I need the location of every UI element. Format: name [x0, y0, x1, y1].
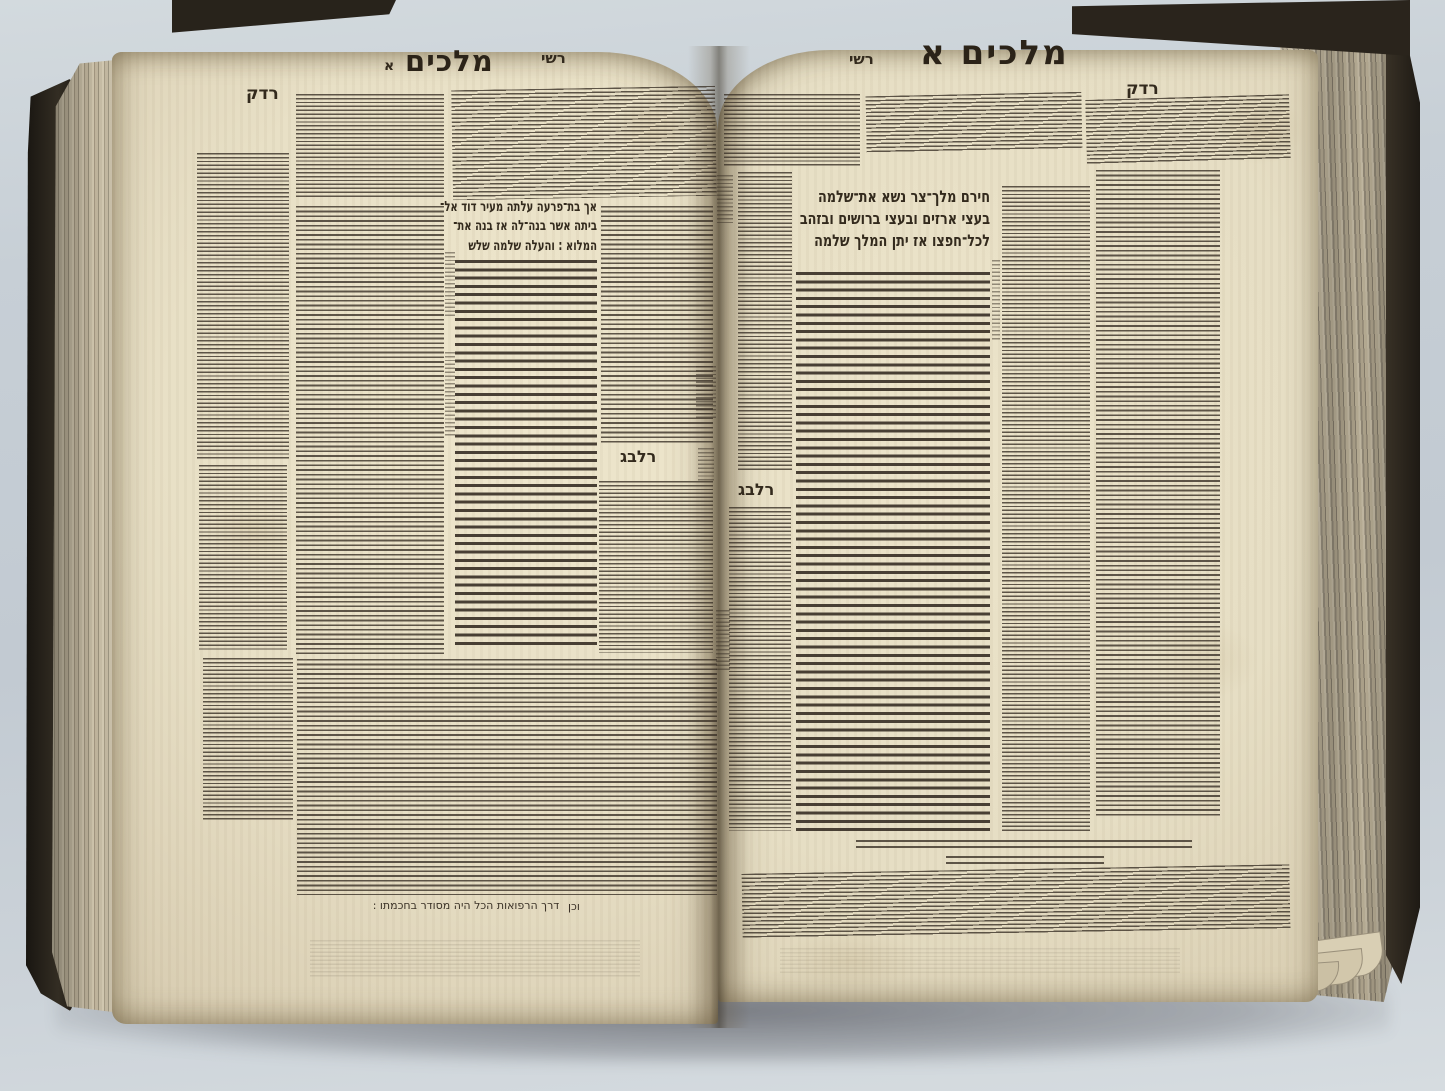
top-cover-edge-left — [172, 0, 396, 34]
left-radak-margin-column — [203, 658, 293, 822]
right-bible-text-column — [796, 272, 990, 832]
right-bottom-commentary — [741, 864, 1290, 938]
left-rashi-header: רשי — [541, 49, 566, 67]
right-ralbag-column — [729, 507, 791, 831]
left-radak-top-block — [296, 94, 444, 198]
left-ralbag-header: רלבג — [620, 447, 656, 466]
right-cover-board — [1386, 26, 1420, 984]
right-ralbag-header: רלבג — [738, 480, 774, 499]
left-catchword: וכן — [568, 900, 580, 913]
bible-line: המלוא : והעלה שלמה שלש — [453, 237, 597, 256]
left-page-title-volume: א — [384, 58, 394, 74]
left-ralbag-column — [599, 481, 713, 653]
right-centered-line — [946, 856, 1104, 864]
left-gutter-notes — [696, 366, 716, 418]
right-masora-notes — [992, 260, 1000, 340]
bible-line: חירם מלך־צר נשא את־שלמה — [798, 186, 990, 208]
right-rashi-top-block — [724, 94, 860, 168]
right-rashi-header: רשי — [849, 50, 874, 68]
right-page-showthrough — [780, 948, 1180, 974]
right-radak-top-block — [1085, 94, 1291, 164]
right-radak-column — [1096, 170, 1220, 818]
right-rashi-column — [738, 172, 792, 470]
left-bottom-last-line: דרך הרפואות הכל היה מסודר בחכמתו : — [368, 899, 564, 912]
right-rashi-top-mid-block — [865, 92, 1082, 155]
photo-of-open-hebrew-book: רדק מלכים א רשי אך בת־פרעה עלתה מעיר דוד… — [0, 0, 1445, 1091]
left-bottom-commentary — [297, 659, 717, 895]
left-bible-text-column — [455, 260, 597, 650]
left-rashi-top-block — [451, 86, 717, 201]
right-centered-line — [856, 840, 1192, 848]
bible-line: ביתה אשר בנה־לה אז בנה את־ — [453, 217, 597, 236]
right-bible-text-opening: חירם מלך־צר נשא את־שלמה בעצי ארזים ובעצי… — [798, 186, 990, 252]
right-gutter-notes — [716, 610, 730, 670]
right-page-title: מלכים א — [920, 33, 1069, 73]
right-targum-column — [1002, 186, 1090, 832]
left-bible-text-opening: אך בת־פרעה עלתה מעיר דוד אל־ ביתה אשר בנ… — [453, 198, 597, 256]
left-masora-notes — [445, 252, 455, 316]
right-gutter-notes — [717, 175, 733, 225]
left-page-title: מלכים — [405, 44, 494, 78]
left-masora-notes — [445, 352, 455, 436]
left-radak-margin-column — [197, 153, 289, 459]
left-gutter-notes — [698, 448, 714, 482]
left-radak-header: רדק — [246, 84, 279, 104]
left-radak-margin-column — [199, 465, 287, 651]
bible-line: לכל־חפצו אז יתן המלך שלמה — [798, 230, 990, 252]
left-page-showthrough — [310, 940, 640, 978]
left-targum-column — [296, 206, 444, 654]
bible-line: אך בת־פרעה עלתה מעיר דוד אל־ — [453, 198, 597, 217]
right-radak-header: רדק — [1126, 79, 1159, 99]
bible-line: בעצי ארזים ובעצי ברושים ובזהב — [798, 208, 990, 230]
